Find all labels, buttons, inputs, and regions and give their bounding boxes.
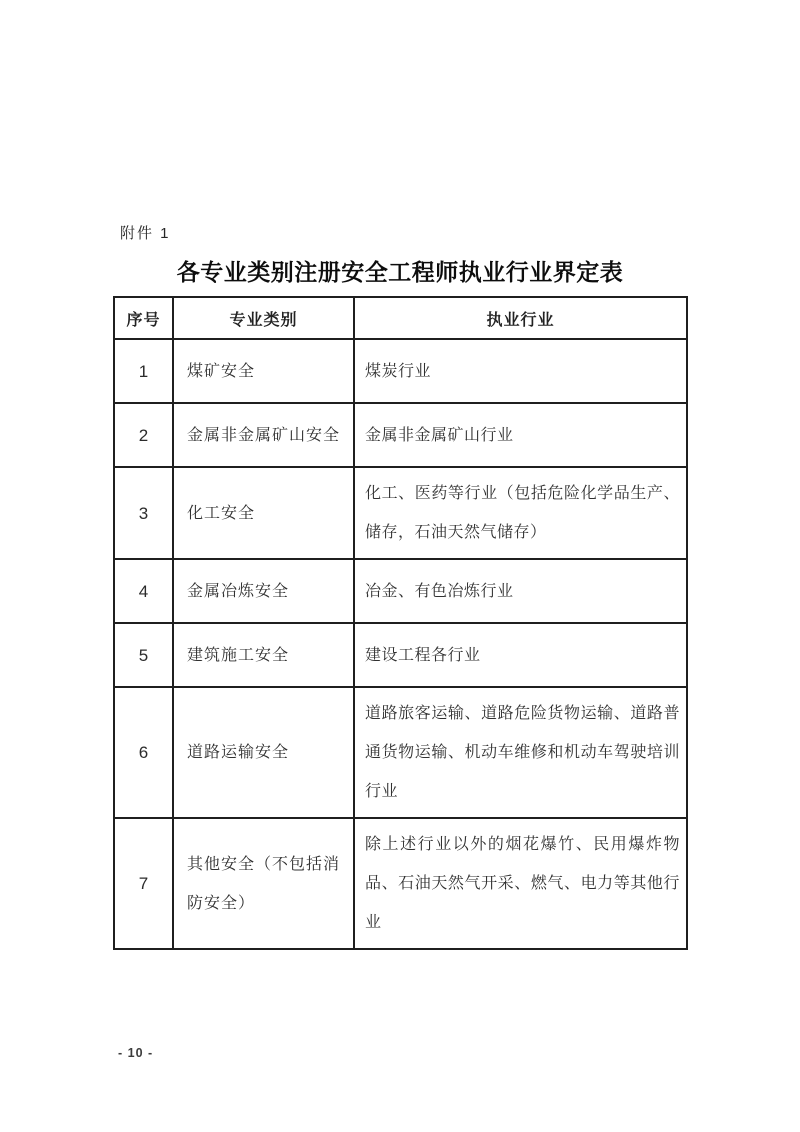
document-page: 附件 1 各专业类别注册安全工程师执业行业界定表 序号 专业类别 执业行业 1煤… [0, 0, 800, 1132]
row-number-cell: 3 [114, 467, 173, 559]
industry-cell: 建设工程各行业 [354, 623, 687, 687]
table-body: 1煤矿安全煤炭行业2金属非金属矿山安全金属非金属矿山行业3化工安全化工、医药等行… [114, 339, 687, 949]
table-row: 4金属冶炼安全冶金、有色冶炼行业 [114, 559, 687, 623]
row-number-cell: 5 [114, 623, 173, 687]
industry-cell: 煤炭行业 [354, 339, 687, 403]
row-number-cell: 1 [114, 339, 173, 403]
column-header-industry: 执业行业 [354, 297, 687, 339]
table-header-row: 序号 专业类别 执业行业 [114, 297, 687, 339]
category-cell: 金属冶炼安全 [173, 559, 354, 623]
category-cell: 道路运输安全 [173, 687, 354, 818]
row-number-cell: 2 [114, 403, 173, 467]
table-row: 6道路运输安全道路旅客运输、道路危险货物运输、道路普通货物运输、机动车维修和机动… [114, 687, 687, 818]
attachment-label: 附件 1 [120, 222, 171, 243]
industry-cell: 冶金、有色冶炼行业 [354, 559, 687, 623]
industry-cell: 除上述行业以外的烟花爆竹、民用爆炸物品、石油天然气开采、燃气、电力等其他行业 [354, 818, 687, 949]
table-row: 7其他安全（不包括消防安全）除上述行业以外的烟花爆竹、民用爆炸物品、石油天然气开… [114, 818, 687, 949]
page-title: 各专业类别注册安全工程师执业行业界定表 [0, 254, 800, 287]
column-header-category: 专业类别 [173, 297, 354, 339]
table-row: 2金属非金属矿山安全金属非金属矿山行业 [114, 403, 687, 467]
category-cell: 金属非金属矿山安全 [173, 403, 354, 467]
table-row: 1煤矿安全煤炭行业 [114, 339, 687, 403]
row-number-cell: 6 [114, 687, 173, 818]
column-header-number: 序号 [114, 297, 173, 339]
category-cell: 化工安全 [173, 467, 354, 559]
category-cell: 建筑施工安全 [173, 623, 354, 687]
row-number-cell: 4 [114, 559, 173, 623]
industry-definition-table: 序号 专业类别 执业行业 1煤矿安全煤炭行业2金属非金属矿山安全金属非金属矿山行… [113, 296, 688, 950]
industry-cell: 道路旅客运输、道路危险货物运输、道路普通货物运输、机动车维修和机动车驾驶培训行业 [354, 687, 687, 818]
category-cell: 其他安全（不包括消防安全） [173, 818, 354, 949]
table-row: 5建筑施工安全建设工程各行业 [114, 623, 687, 687]
category-cell: 煤矿安全 [173, 339, 354, 403]
row-number-cell: 7 [114, 818, 173, 949]
industry-cell: 金属非金属矿山行业 [354, 403, 687, 467]
industry-cell: 化工、医药等行业（包括危险化学品生产、储存，石油天然气储存） [354, 467, 687, 559]
page-number: - 10 - [118, 1046, 153, 1060]
table-row: 3化工安全化工、医药等行业（包括危险化学品生产、储存，石油天然气储存） [114, 467, 687, 559]
